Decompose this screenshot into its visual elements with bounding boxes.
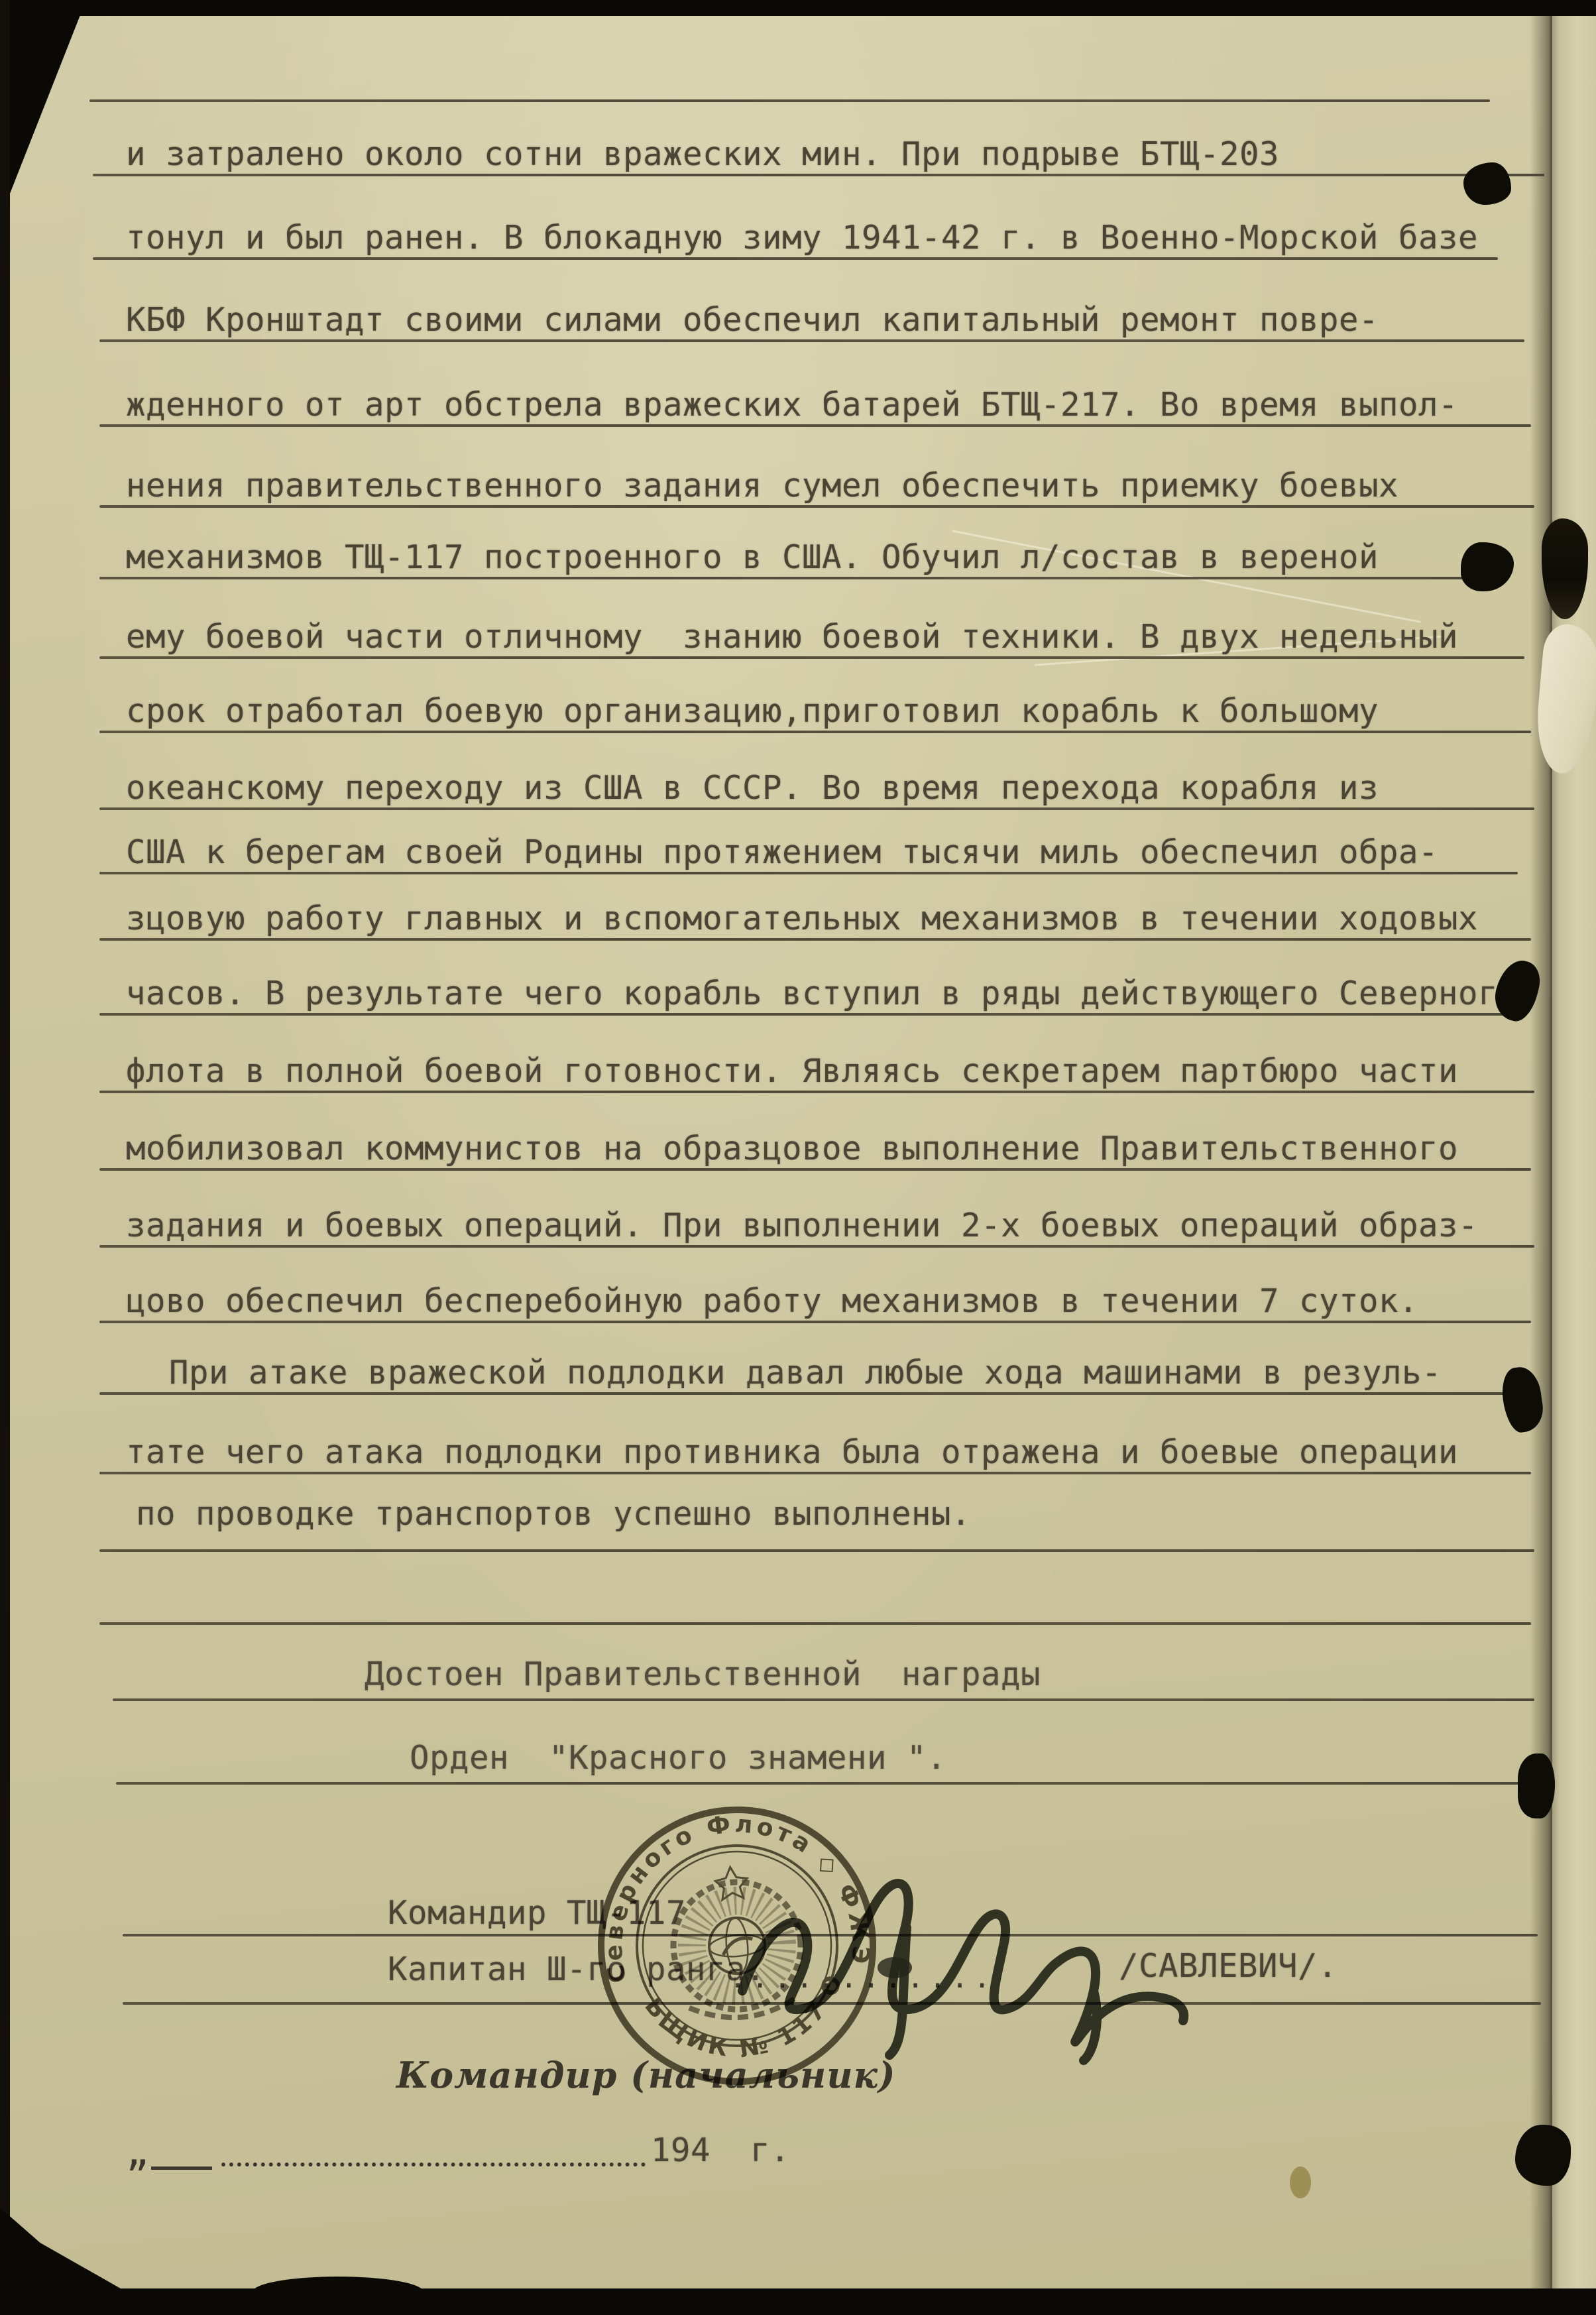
ruled-line [99, 339, 1524, 342]
typed-line: нения правительственного задания сумел о… [126, 469, 1398, 503]
ruled-line [99, 1013, 1524, 1016]
ruled-line [99, 872, 1518, 874]
stain-spot [1290, 2167, 1311, 2198]
ruled-line [99, 1321, 1531, 1323]
typed-line: цово обеспечил бесперебойную работу меха… [126, 1284, 1418, 1318]
ruled-line [99, 424, 1531, 427]
footer-dotted-line [221, 2163, 646, 2167]
footer-open-quote: „ [126, 2129, 149, 2174]
award-order-line: Орден "Красного знамени ". [410, 1741, 946, 1775]
typed-line: по проводке транспортов успешно выполнен… [136, 1497, 971, 1531]
ruled-line [99, 1472, 1531, 1474]
typed-line: океанскому переходу из США в СССР. Во вр… [126, 771, 1379, 805]
typed-line: КБФ Кронштадт своими силами обеспечил ка… [126, 303, 1379, 337]
typed-line: срок отработал боевую организацию,пригот… [126, 694, 1379, 728]
scan-edge-bottom [0, 2288, 1596, 2315]
ruled-line [89, 99, 1490, 102]
ruled-line [99, 938, 1531, 941]
ruled-line [99, 807, 1534, 810]
footer-dash-line [151, 2167, 212, 2170]
scan-edge-left [0, 0, 10, 2315]
typed-line: задания и боевых операций. При выполнени… [126, 1209, 1478, 1242]
ruled-line [99, 577, 1491, 579]
typed-line: жденного от арт обстрела вражеских батар… [126, 388, 1458, 422]
ruled-line [99, 1091, 1534, 1093]
ruled-line [99, 1392, 1534, 1395]
ruled-line [99, 1622, 1531, 1625]
typed-line: США к берегам своей Родины протяжением т… [126, 835, 1438, 869]
scanned-document: и затралено около сотни вражеских мин. П… [0, 0, 1596, 2315]
ink-blot [1518, 1753, 1555, 1818]
ruled-line [93, 257, 1498, 260]
ruled-line [99, 656, 1524, 659]
ruled-line [93, 174, 1544, 176]
typed-line: зцовую работу главных и вспомогательных … [126, 902, 1478, 935]
handwritten-signature [696, 1842, 1226, 2067]
typed-line: ему боевой части отличному знанию боевой… [126, 620, 1458, 654]
typed-line: мобилизовал коммунистов на образцовое вы… [126, 1132, 1458, 1165]
adjacent-page-edge [1550, 5, 1596, 2299]
ruled-line [113, 1698, 1534, 1701]
typed-line: механизмов ТЩ-117 построенного в США. Об… [126, 540, 1379, 574]
typed-line: флота в полной боевой готовности. Являяс… [126, 1054, 1458, 1088]
typed-line: тонул и был ранен. В блокадную зиму 1941… [126, 221, 1478, 255]
ruled-line [99, 731, 1531, 733]
ruled-line [99, 505, 1534, 508]
typed-line: тате чего атака подлодки противника была… [126, 1435, 1458, 1469]
ink-blot [1515, 2125, 1571, 2186]
footer-year: 194 г. [651, 2133, 790, 2167]
ink-blot [1463, 162, 1511, 205]
award-worthiness-line: Достоен Правительственной награды [365, 1657, 1041, 1691]
typed-line: При атаке вражеской подлодки давал любые… [169, 1356, 1442, 1390]
ruled-line [99, 1245, 1534, 1248]
typed-line: часов. В результате чего корабль вступил… [126, 977, 1518, 1010]
scan-edge-top [0, 0, 1596, 16]
ruled-line [99, 1549, 1534, 1552]
page-fold-shadow [1530, 13, 1552, 2294]
typed-line: и затралено около сотни вражеских мин. П… [126, 137, 1279, 171]
ruled-line [99, 1168, 1531, 1171]
